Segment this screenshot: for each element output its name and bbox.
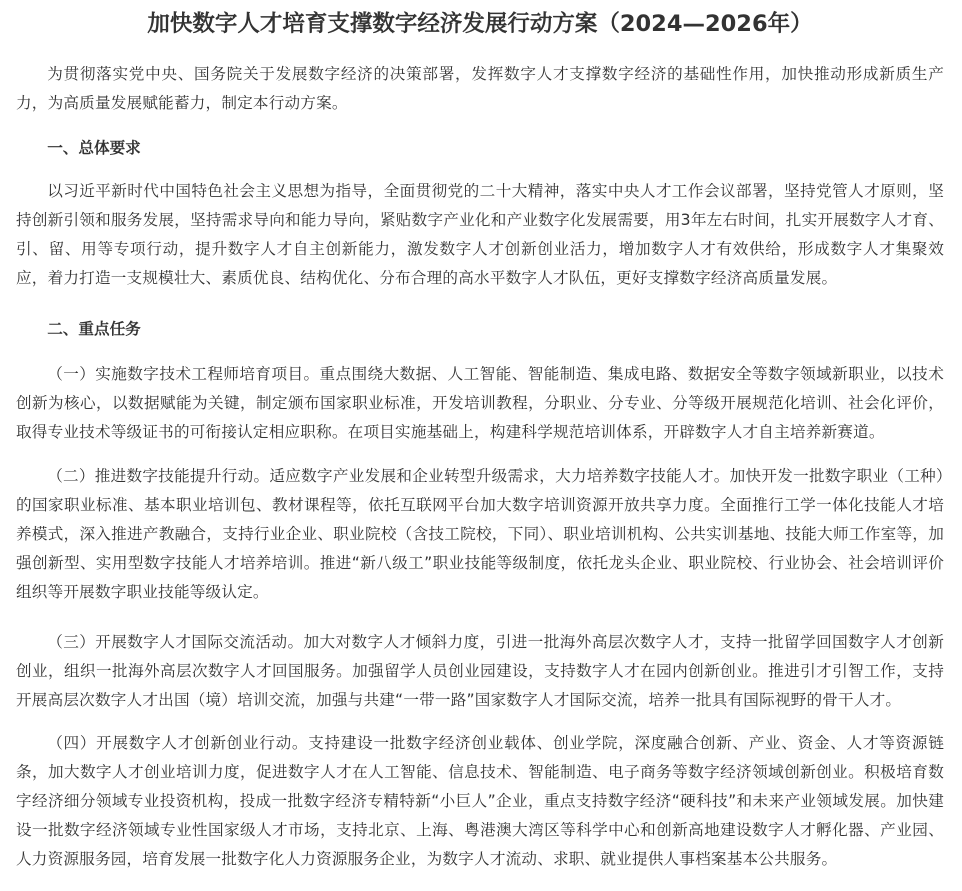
section-general-requirements: 一、总体要求 以习近平新时代中国特色社会主义思想为指导，全面贯彻党的二十大精神，… [16, 134, 944, 293]
task-paragraph-1: （一）实施数字技术工程师培育项目。重点围绕大数据、人工智能、智能制造、集成电路、… [16, 360, 944, 447]
section-key-tasks: 二、重点任务 （一）实施数字技术工程师培育项目。重点围绕大数据、人工智能、智能制… [16, 315, 944, 874]
section-heading: 二、重点任务 [16, 315, 944, 344]
task-paragraph-3: （三）开展数字人才国际交流活动。加大对数字人才倾斜力度，引进一批海外高层次数字人… [16, 628, 944, 715]
document-title: 加快数字人才培育支撑数字经济发展行动方案（2024—2026年） [16, 0, 944, 44]
task-paragraph-4: （四）开展数字人才创新创业行动。支持建设一批数字经济创业载体、创业学院，深度融合… [16, 729, 944, 874]
intro-paragraph: 为贯彻落实党中央、国务院关于发展数字经济的决策部署，发挥数字人才支撑数字经济的基… [16, 60, 944, 118]
task-paragraph-2: （二）推进数字技能提升行动。适应数字产业发展和企业转型升级需求，大力培养数字技能… [16, 462, 944, 607]
document: 加快数字人才培育支撑数字经济发展行动方案（2024—2026年） 为贯彻落实党中… [0, 0, 962, 874]
section-paragraph: 以习近平新时代中国特色社会主义思想为指导，全面贯彻党的二十大精神，落实中央人才工… [16, 177, 944, 293]
section-heading: 一、总体要求 [16, 134, 944, 163]
